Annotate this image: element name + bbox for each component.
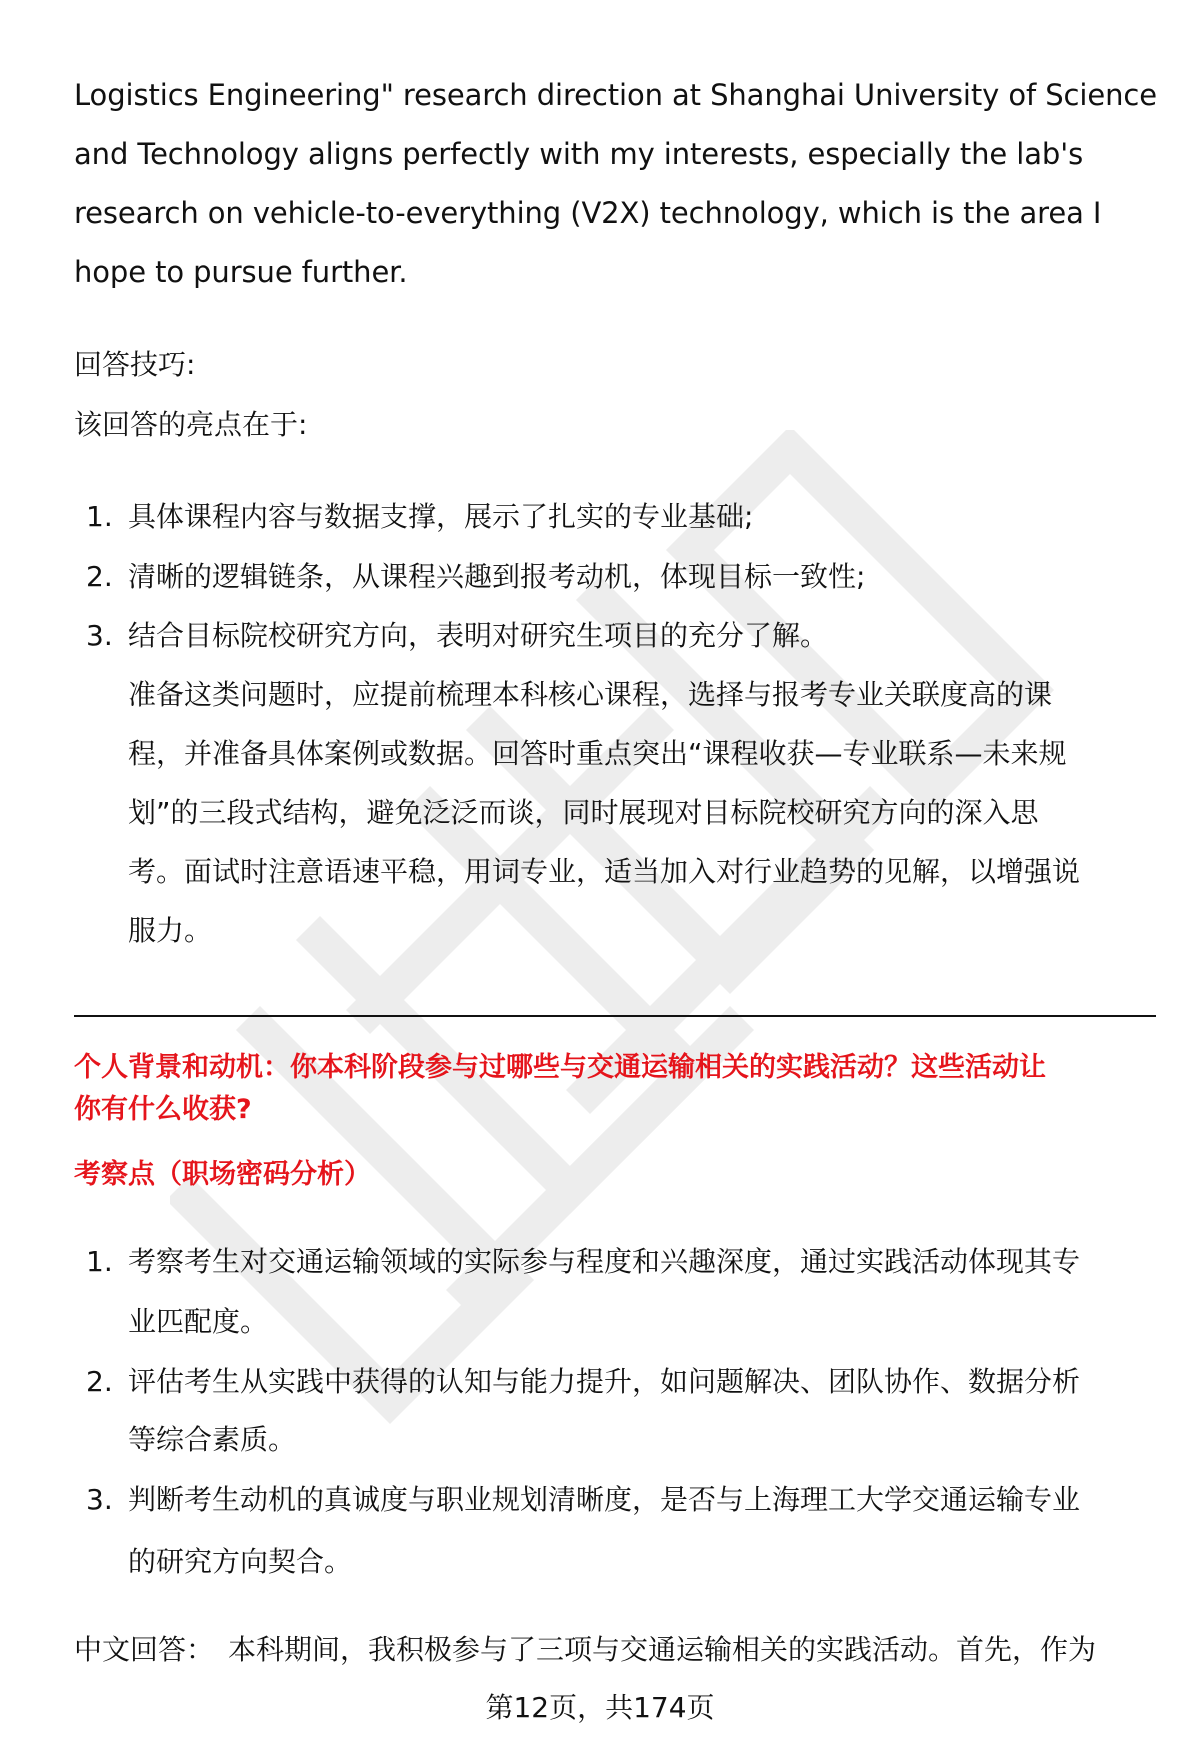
list-number: 2. bbox=[86, 557, 113, 597]
focus-item-line: 评估考生从实践中获得的认知与能力提升，如问题解决、团队协作、数据分析 bbox=[128, 1362, 1080, 1402]
focus-item-line: 等综合素质。 bbox=[128, 1420, 296, 1460]
list-number: 1. bbox=[86, 497, 113, 537]
answer-text: 本科期间，我积极参与了三项与交通运输相关的实践活动。首先，作为 bbox=[228, 1633, 1096, 1666]
answer-label: 中文回答： bbox=[74, 1633, 214, 1666]
advice-line: 划”的三段式结构，避免泛泛而谈，同时展现对目标院校研究方向的深入思 bbox=[128, 793, 1039, 833]
section-divider bbox=[74, 1015, 1156, 1017]
list-item: 具体课程内容与数据支撑，展示了扎实的专业基础; bbox=[128, 497, 753, 537]
focus-heading: 考察点（职场密码分析） bbox=[74, 1155, 371, 1195]
advice-line: 程，并准备具体案例或数据。回答时重点突出“课程收获—专业联系—未来规 bbox=[128, 734, 1067, 774]
english-paragraph-line: hope to pursue further. bbox=[74, 252, 407, 292]
list-number: 2. bbox=[86, 1362, 113, 1402]
english-paragraph-line: research on vehicle-to-everything (V2X) … bbox=[74, 193, 1101, 233]
focus-item-line: 的研究方向契合。 bbox=[128, 1542, 352, 1582]
advice-line: 服力。 bbox=[128, 911, 212, 951]
focus-item-line: 判断考生动机的真诚度与职业规划清晰度，是否与上海理工大学交通运输专业 bbox=[128, 1480, 1080, 1520]
list-number: 3. bbox=[86, 616, 113, 656]
english-paragraph-line: Logistics Engineering" research directio… bbox=[74, 75, 1157, 115]
list-number: 3. bbox=[86, 1480, 113, 1520]
english-paragraph-line: and Technology aligns perfectly with my … bbox=[74, 134, 1083, 174]
focus-item-line: 业匹配度。 bbox=[128, 1302, 268, 1342]
document-page: Logistics Engineering" research directio… bbox=[0, 0, 1200, 1755]
list-item: 清晰的逻辑链条，从课程兴趣到报考动机，体现目标一致性; bbox=[128, 557, 865, 597]
question-title-line: 你有什么收获? bbox=[74, 1090, 252, 1130]
tips-heading: 回答技巧: bbox=[74, 345, 195, 385]
advice-line: 考。面试时注意语速平稳，用词专业，适当加入对行业趋势的见解，以增强说 bbox=[128, 852, 1080, 892]
list-number: 1. bbox=[86, 1242, 113, 1282]
tips-intro: 该回答的亮点在于: bbox=[74, 405, 307, 445]
list-item: 结合目标院校研究方向，表明对研究生项目的充分了解。 bbox=[128, 616, 828, 656]
focus-item-line: 考察考生对交通运输领域的实际参与程度和兴趣深度，通过实践活动体现其专 bbox=[128, 1242, 1080, 1282]
page-indicator: 第12页，共174页 bbox=[0, 1688, 1200, 1728]
advice-line: 准备这类问题时，应提前梳理本科核心课程，选择与报考专业关联度高的课 bbox=[128, 675, 1052, 715]
answer-line: 中文回答：本科期间，我积极参与了三项与交通运输相关的实践活动。首先，作为 bbox=[74, 1630, 1096, 1670]
question-title-line: 个人背景和动机：你本科阶段参与过哪些与交通运输相关的实践活动？这些活动让 bbox=[74, 1048, 1046, 1088]
